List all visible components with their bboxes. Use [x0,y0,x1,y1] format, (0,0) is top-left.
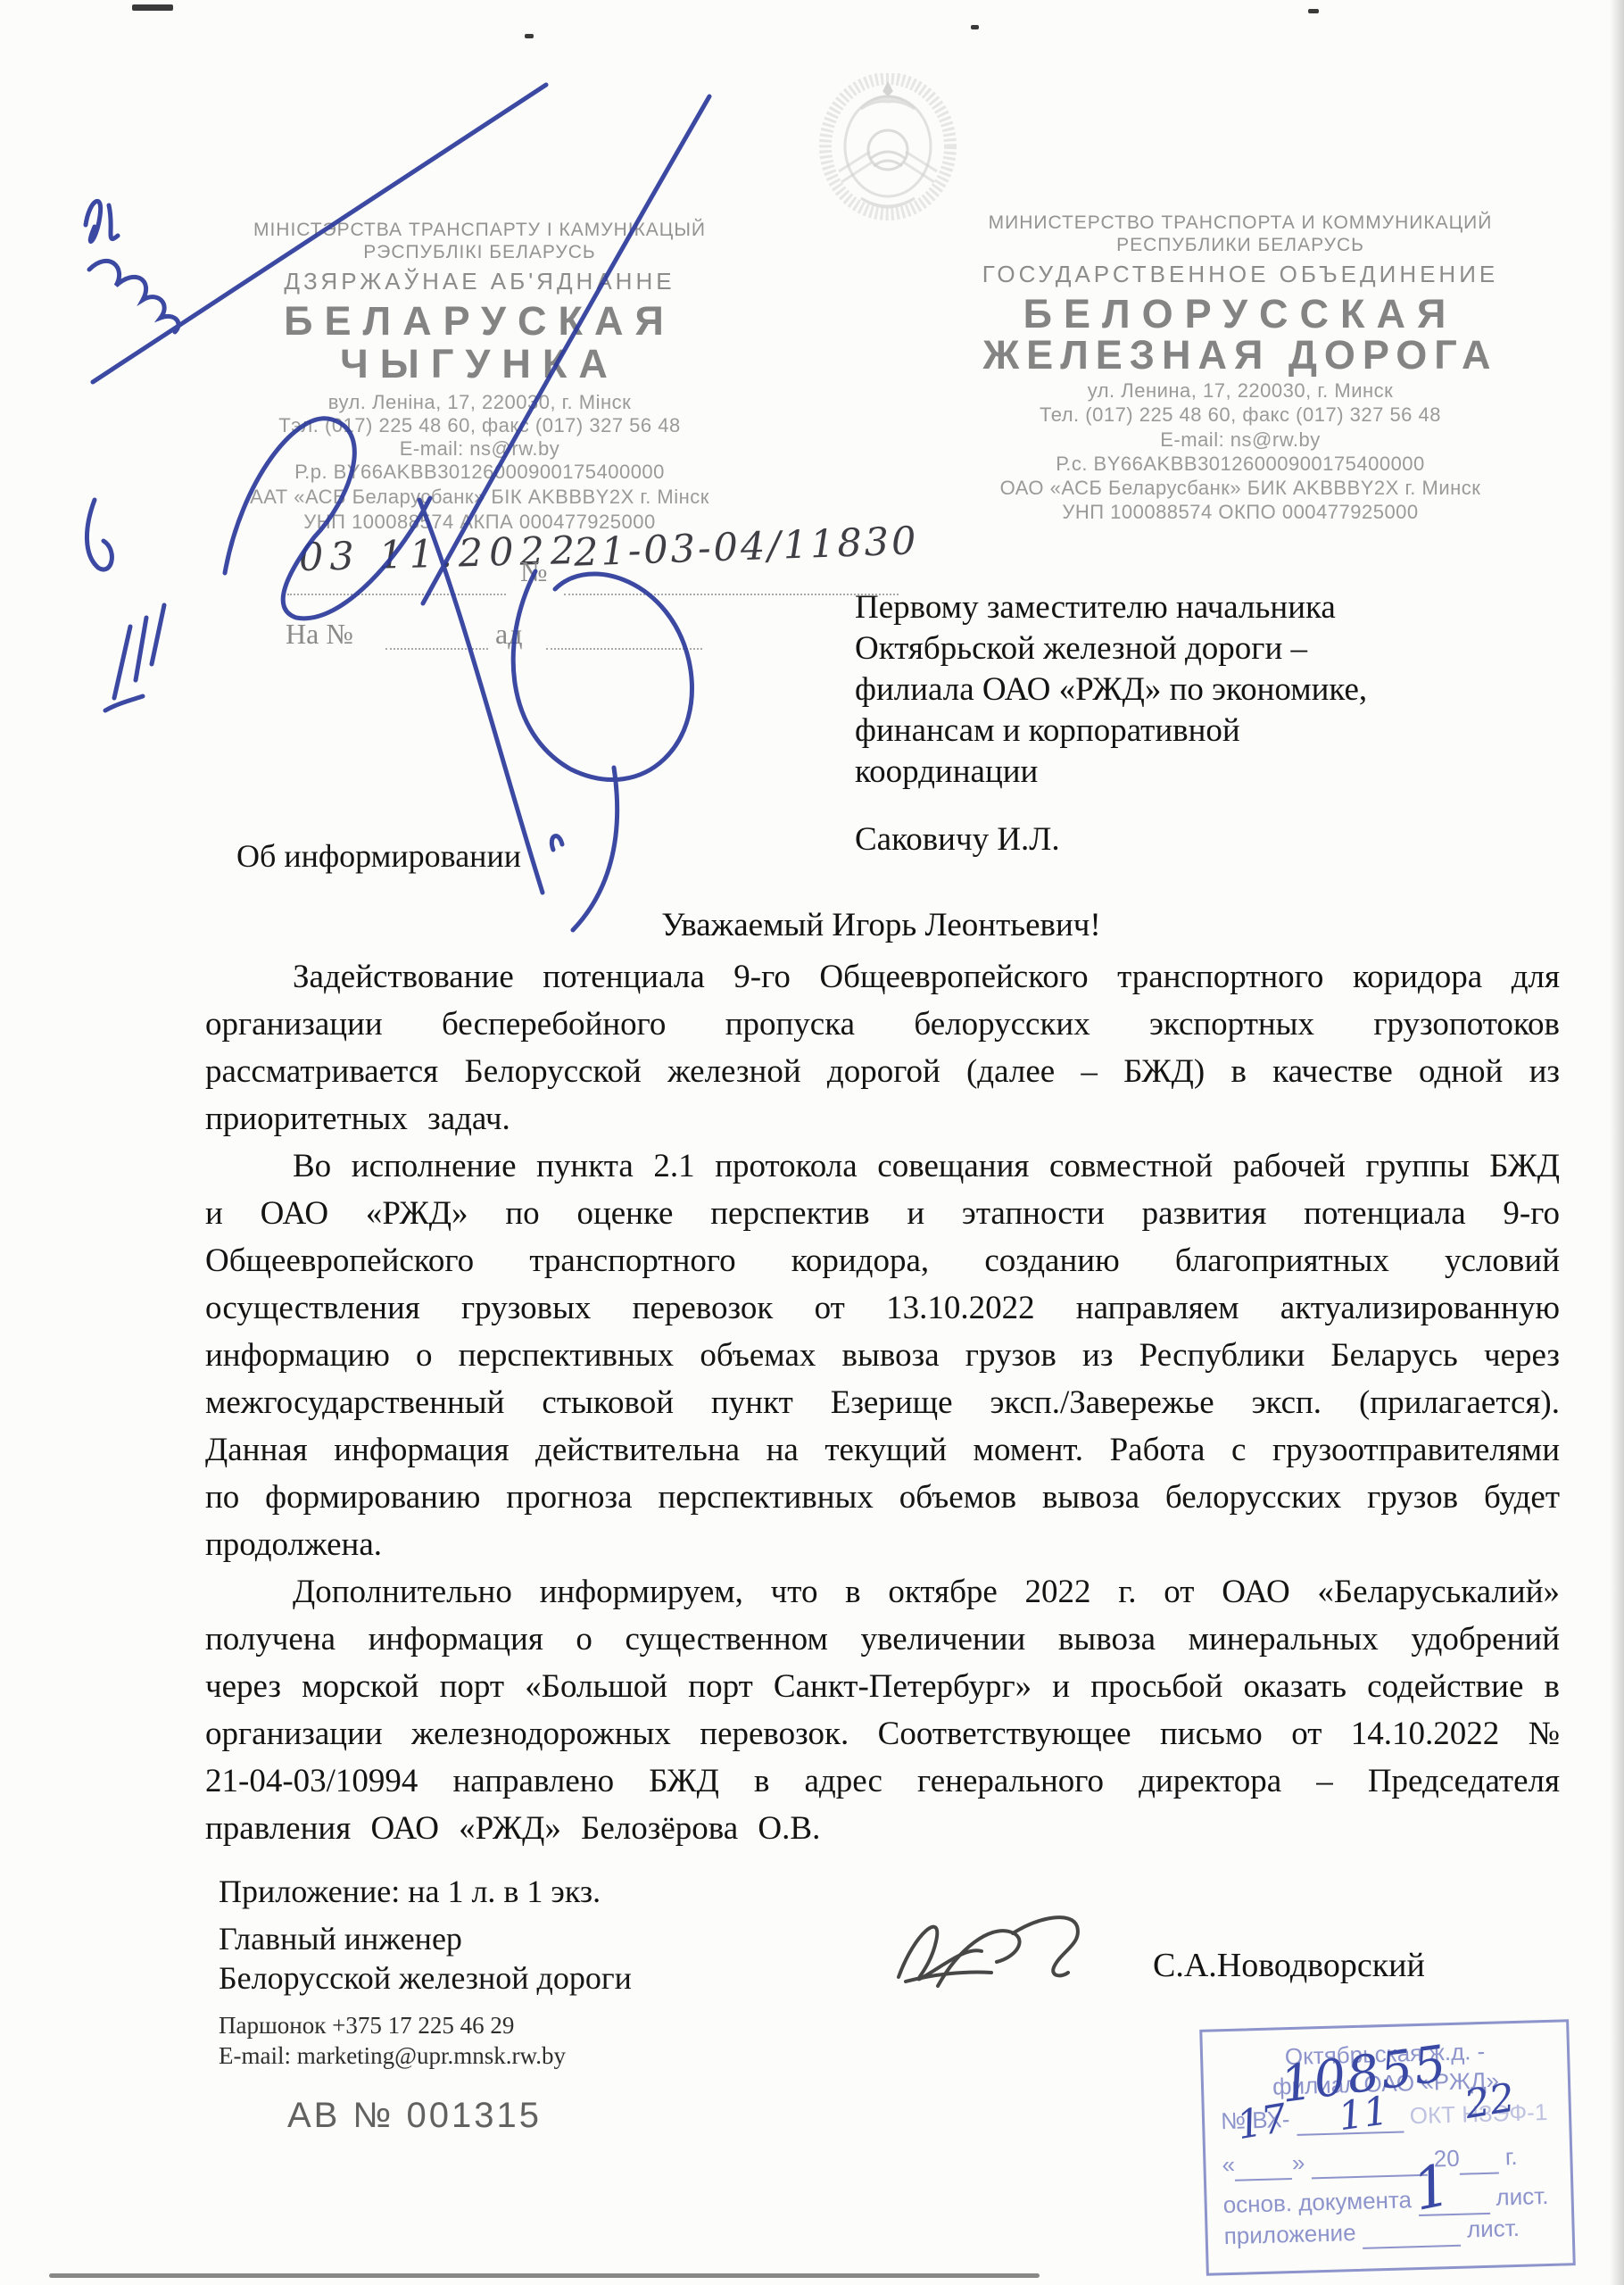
org-email: E-mail: ns@rw.by [192,437,767,461]
stamp-handwritten-sheets: 1 [1411,2171,1453,2207]
stamp-year-suffix: г. [1504,2143,1517,2170]
letter-body: Задействование потенциала 9-го Общеевроп… [205,953,1560,1852]
scan-edge-shadow [1610,0,1624,2285]
org-address: ул. Ленина, 17, 220030, г. Минск [941,379,1539,403]
body-paragraph: Дополнительно информируем, что в октябре… [205,1568,1560,1852]
org-name: ЖЕЛЕЗНАЯ ДОРОГА [941,332,1539,378]
reply-to-label: На № [286,618,353,651]
body-paragraph: Задействование потенциала 9-го Общеевроп… [205,953,1560,1142]
addressee-line: филиала ОАО «РЖД» по экономике, [855,669,1497,710]
reply-connector-label: ад [495,618,522,651]
stamp-handwritten-day: 17 [1235,2103,1289,2140]
executor-phone: Паршонок +375 17 225 46 29 [219,2010,566,2040]
org-type: ДЗЯРЖАЎНАЕ АБ'ЯДНАННЕ [192,268,767,295]
org-name: БЕЛАРУСКАЯ [192,298,767,345]
ministry-line: МІНІСТЭРСТВА ТРАНСПАРТУ І КАМУНІКАЦЫЙ [192,220,767,241]
stamp-attachment-unit: лист. [1467,2214,1520,2243]
scan-speck [132,4,173,11]
attachment-note: Приложение: на 1 л. в 1 экз. [219,1873,601,1910]
stamp-doc-unit: лист. [1496,2182,1549,2211]
salutation: Уважаемый Игорь Леонтьевич! [205,906,1557,944]
stamp-attachment-label: приложение [1223,2219,1356,2249]
stamp-handwritten-month: 11 [1337,2096,1390,2131]
addressee-name: Саковичу И.Л. [855,819,1497,860]
reply-number-underline [385,648,488,650]
addressee-line: координации [855,752,1497,793]
date-underline [287,594,506,595]
addressee-block: Первому заместителю начальника Октябрьск… [855,587,1497,860]
org-bank: ААТ «АСБ Беларусбанк» БІК AKBBBY2X г. Мі… [192,486,767,509]
number-label: № [520,555,548,588]
director-signature-stroke [879,1892,1147,2008]
ministry-line: РЕСПУБЛИКИ БЕЛАРУСЬ [941,235,1539,256]
signer-name: С.А.Новодворский [1153,1946,1425,1985]
body-paragraph: Во исполнение пункта 2.1 протокола совещ… [205,1142,1560,1568]
coat-of-arms-emblem [808,73,968,225]
scan-bottom-line [49,2273,1040,2278]
org-phone: Тел. (017) 225 48 60, факс (017) 327 56 … [941,403,1539,427]
incoming-registration-stamp: Октябрьская ж.д. - филиал ОАО «РЖД» № ВХ… [1199,2019,1576,2275]
org-bank: ОАО «АСБ Беларусбанк» БИК AKBBBY2X г. Ми… [941,477,1539,500]
form-number: АВ № 001315 [287,2096,542,2136]
org-phone: Тэл. (017) 225 48 60, факс (017) 327 56 … [192,414,767,437]
number-underline [564,594,899,595]
reply-date-underline [546,648,702,650]
ministry-line: МИНИСТЕРСТВО ТРАНСПОРТА И КОММУНИКАЦИЙ [941,212,1539,234]
executor-contacts: Паршонок +375 17 225 46 29 E-mail: marke… [219,2010,566,2071]
signer-position-line: Белорусской железной дороги [219,1958,632,1998]
scan-speck [971,25,979,29]
scan-speck [525,34,534,38]
scan-speck [1308,9,1319,13]
addressee-line: Октябрьской железной дороги – [855,628,1497,669]
org-name: ЧЫГУНКА [192,341,767,387]
org-codes: УНП 100088574 ОКПО 000477925000 [941,501,1539,524]
signer-position-line: Главный инженер [219,1919,632,1958]
org-account: Р.р. BY66AKBB30126000900175400000 [192,461,767,484]
org-name: БЕЛОРУССКАЯ [941,291,1539,337]
addressee-line: финансам и корпоративной [855,710,1497,752]
subject-line: Об информировании [236,837,521,875]
org-type: ГОСУДАРСТВЕННОЕ ОБЪЕДИНЕНИЕ [941,261,1539,288]
org-account: Р.с. BY66AKBB30126000900175400000 [941,453,1539,476]
scanned-letter-page: МІНІСТЭРСТВА ТРАНСПАРТУ І КАМУНІКАЦЫЙ РЭ… [0,0,1624,2285]
org-email: E-mail: ns@rw.by [941,428,1539,452]
ministry-line: РЭСПУБЛІКІ БЕЛАРУСЬ [192,242,767,263]
addressee-line: Первому заместителю начальника [855,587,1497,628]
org-address: вул. Леніна, 17, 220030, г. Мінск [192,391,767,414]
stamp-handwritten-year: 22 [1462,2082,1517,2120]
executor-email: E-mail: marketing@upr.mnsk.rw.by [219,2040,566,2071]
signer-position: Главный инженер Белорусской железной дор… [219,1919,632,1998]
stamp-doc-label: основ. документа [1222,2186,1412,2218]
